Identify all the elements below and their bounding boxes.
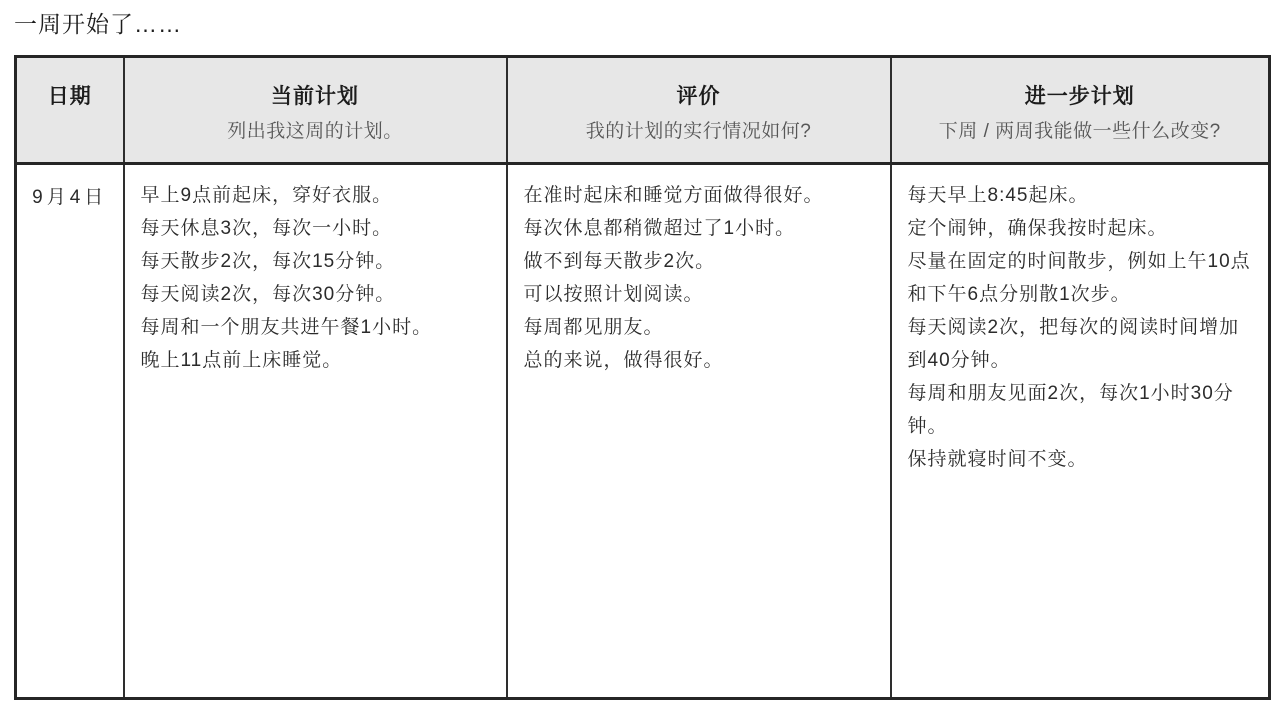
date-value: 9月4日 <box>17 165 123 230</box>
weekly-plan-page: 一周开始了…… 日期 当前计划 列出我这周的计划。 <box>0 0 1280 712</box>
text-line: 晚上11点前上床睡觉。 <box>141 344 492 377</box>
evaluation-text: 在准时起床和睡觉方面做得很好。每次休息都稍微超过了1小时。做不到每天散步2次。可… <box>508 165 890 387</box>
text-line: 定个闹钟，确保我按时起床。 <box>908 212 1255 245</box>
text-line: 每天散步2次，每次15分钟。 <box>141 245 492 278</box>
weekly-plan-table: 日期 当前计划 列出我这周的计划。 评价 我的计划的实行情况如何? <box>14 55 1271 700</box>
text-line: 每天阅读2次，每次30分钟。 <box>141 278 492 311</box>
date-cell: 9月4日 <box>16 164 124 699</box>
column-header-evaluation: 评价 我的计划的实行情况如何? <box>507 57 891 164</box>
column-title-date: 日期 <box>17 82 123 112</box>
text-line: 每天休息3次，每次一小时。 <box>141 212 492 245</box>
text-line: 在准时起床和睡觉方面做得很好。 <box>524 179 876 212</box>
text-line: 每周都见朋友。 <box>524 311 876 344</box>
column-subtitle-evaluation: 我的计划的实行情况如何? <box>508 116 890 148</box>
further-plan-text: 每天早上8:45起床。定个闹钟，确保我按时起床。尽量在固定的时间散步，例如上午1… <box>892 165 1269 486</box>
text-line: 可以按照计划阅读。 <box>524 278 876 311</box>
text-line: 每次休息都稍微超过了1小时。 <box>524 212 876 245</box>
current-plan-text: 早上9点前起床，穿好衣服。每天休息3次，每次一小时。每天散步2次，每次15分钟。… <box>125 165 506 387</box>
table-header-row: 日期 当前计划 列出我这周的计划。 评价 我的计划的实行情况如何? <box>16 57 1270 164</box>
column-title-further-plan: 进一步计划 <box>892 82 1269 112</box>
text-line: 每天早上8:45起床。 <box>908 179 1255 212</box>
text-line: 总的来说，做得很好。 <box>524 344 876 377</box>
text-line: 每天阅读2次，把每次的阅读时间增加到40分钟。 <box>908 311 1255 377</box>
text-line: 早上9点前起床，穿好衣服。 <box>141 179 492 212</box>
column-title-evaluation: 评价 <box>508 82 890 112</box>
text-line: 每周和朋友见面2次，每次1小时30分钟。 <box>908 377 1255 443</box>
column-header-further-plan: 进一步计划 下周 / 两周我能做一些什么改变? <box>891 57 1270 164</box>
text-line: 做不到每天散步2次。 <box>524 245 876 278</box>
current-plan-cell: 早上9点前起床，穿好衣服。每天休息3次，每次一小时。每天散步2次，每次15分钟。… <box>124 164 507 699</box>
column-subtitle-current-plan: 列出我这周的计划。 <box>125 116 506 148</box>
text-line: 尽量在固定的时间散步，例如上午10点和下午6点分别散1次步。 <box>908 245 1255 311</box>
column-header-date: 日期 <box>16 57 124 164</box>
column-header-current-plan: 当前计划 列出我这周的计划。 <box>124 57 507 164</box>
column-subtitle-further-plan: 下周 / 两周我能做一些什么改变? <box>892 116 1269 148</box>
text-line: 保持就寝时间不变。 <box>908 443 1255 476</box>
column-title-current-plan: 当前计划 <box>125 82 506 112</box>
evaluation-cell: 在准时起床和睡觉方面做得很好。每次休息都稍微超过了1小时。做不到每天散步2次。可… <box>507 164 891 699</box>
table-row: 9月4日 早上9点前起床，穿好衣服。每天休息3次，每次一小时。每天散步2次，每次… <box>16 164 1270 699</box>
page-title: 一周开始了…… <box>14 6 182 39</box>
further-plan-cell: 每天早上8:45起床。定个闹钟，确保我按时起床。尽量在固定的时间散步，例如上午1… <box>891 164 1270 699</box>
text-line: 每周和一个朋友共进午餐1小时。 <box>141 311 492 344</box>
